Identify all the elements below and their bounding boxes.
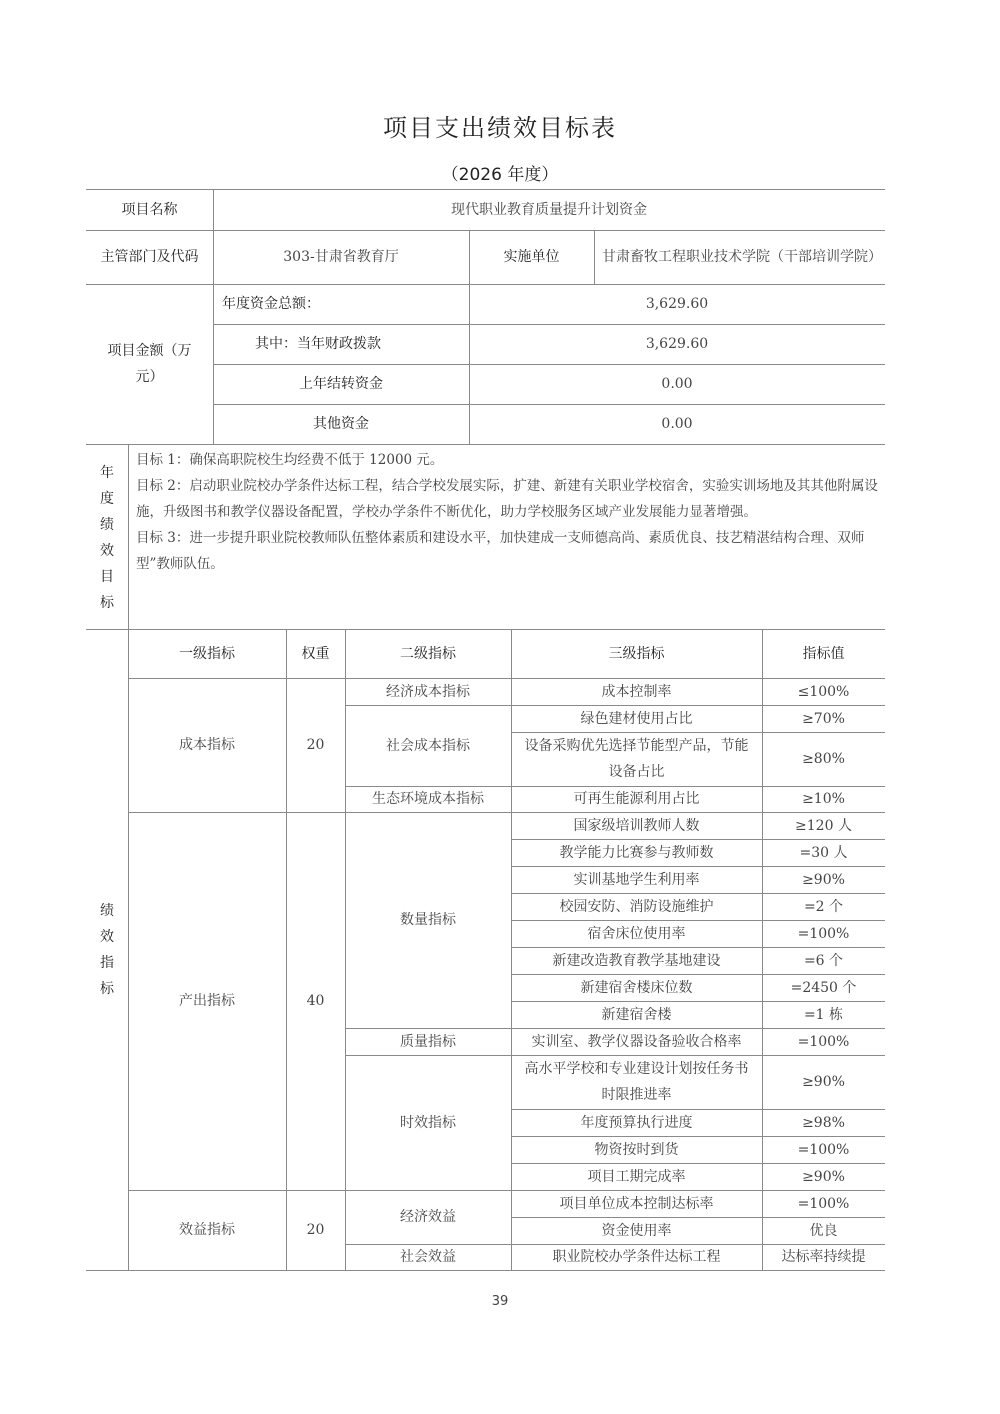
indicator-value: ≥80% (762, 732, 885, 786)
level3-item: 宿舍床位使用率 (511, 920, 762, 947)
indicator-value: 优良 (762, 1217, 885, 1244)
department-value: 303-甘肃省教育厅 (213, 230, 469, 284)
funds-fiscal-value: 3,629.60 (469, 324, 885, 364)
indicator-value: ≥90% (762, 866, 885, 893)
indicator-value: ≥10% (762, 786, 885, 812)
level3-item: 成本控制率 (511, 678, 762, 705)
level3-item: 国家级培训教师人数 (511, 812, 762, 839)
funds-carryover-label: 上年结转资金 (213, 364, 469, 404)
level3-item: 绿色建材使用占比 (511, 705, 762, 732)
annual-goals-label: 年度绩效目标 (96, 455, 118, 620)
level3-item: 新建宿舍楼 (511, 1001, 762, 1028)
page-title: 项目支出绩效目标表 (0, 108, 1000, 143)
indicator-value: =1 栋 (762, 1001, 885, 1028)
level2-eco-env-cost: 生态环境成本指标 (345, 786, 511, 812)
level3-item: 资金使用率 (511, 1217, 762, 1244)
funds-total-label: 年度资金总额： (218, 284, 469, 324)
project-name-value: 现代职业教育质量提升计划资金 (213, 189, 885, 230)
level2-economic-cost: 经济成本指标 (345, 678, 511, 705)
department-label: 主管部门及代码 (86, 230, 213, 284)
indicator-value: ≤100% (762, 678, 885, 705)
project-name-label: 项目名称 (86, 189, 213, 230)
weight-output: 40 (286, 812, 345, 1190)
indicator-value: ≥90% (762, 1055, 885, 1109)
level2-quality: 质量指标 (345, 1028, 511, 1055)
level3-item: 新建改造教育教学基地建设 (511, 947, 762, 974)
page-number: 39 (0, 1294, 1000, 1309)
indicator-value: =2450 个 (762, 974, 885, 1001)
funds-other-label: 其他资金 (213, 404, 469, 444)
indicator-value: 达标率持续提 (762, 1244, 885, 1270)
goal-1: 目标 1：确保高职院校生均经费不低于 12000 元。 (136, 447, 881, 473)
indicators-label: 绩效指标 (96, 895, 118, 1005)
indicator-value: =100% (762, 1136, 885, 1163)
level3-item: 实训基地学生利用率 (511, 866, 762, 893)
level3-item: 可再生能源利用占比 (511, 786, 762, 812)
header-value: 指标值 (762, 629, 885, 678)
indicator-value: =6 个 (762, 947, 885, 974)
funds-other-value: 0.00 (469, 404, 885, 444)
page-subtitle-year: （2026 年度） (0, 160, 1000, 185)
header-level1: 一级指标 (128, 629, 286, 678)
goal-3: 目标 3：进一步提升职业院校教师队伍整体素质和建设水平，加快建成一支师德高尚、素… (136, 525, 881, 577)
funds-total-value: 3,629.60 (469, 284, 885, 324)
level3-item: 设备采购优先选择节能型产品，节能设备占比 (511, 732, 762, 786)
level1-benefit: 效益指标 (128, 1190, 286, 1270)
level3-item: 新建宿舍楼床位数 (511, 974, 762, 1001)
level3-item: 项目单位成本控制达标率 (511, 1190, 762, 1217)
indicator-value: ≥120 人 (762, 812, 885, 839)
level3-item: 年度预算执行进度 (511, 1109, 762, 1136)
level1-cost: 成本指标 (128, 678, 286, 812)
indicator-value: =100% (762, 1190, 885, 1217)
level2-quantity: 数量指标 (345, 812, 511, 1028)
weight-cost: 20 (286, 678, 345, 812)
funds-fiscal-label: 其中：当年财政拨款 (213, 324, 423, 364)
level2-social-cost: 社会成本指标 (345, 705, 511, 786)
weight-benefit: 20 (286, 1190, 345, 1270)
level2-social-benefit: 社会效益 (345, 1244, 511, 1270)
level3-item: 职业院校办学条件达标工程 (511, 1244, 762, 1270)
implementing-unit-label: 实施单位 (469, 230, 594, 284)
annual-goals-text: 目标 1：确保高职院校生均经费不低于 12000 元。 目标 2：启动职业院校办… (136, 447, 881, 577)
funds-carryover-value: 0.00 (469, 364, 885, 404)
implementing-unit-value: 甘肃畜牧工程职业技术学院（干部培训学院） (594, 230, 885, 284)
indicator-value: =2 个 (762, 893, 885, 920)
divider (86, 444, 885, 445)
level3-item: 教学能力比赛参与教师数 (511, 839, 762, 866)
level2-economic-benefit: 经济效益 (345, 1190, 511, 1244)
funds-label: 项目金额（万元） (96, 284, 203, 444)
goal-2: 目标 2：启动职业院校办学条件达标工程，结合学校发展实际，扩建、新建有关职业学校… (136, 473, 881, 525)
indicator-value: =30 人 (762, 839, 885, 866)
level1-output: 产出指标 (128, 812, 286, 1190)
header-level3: 三级指标 (511, 629, 762, 678)
level3-item: 校园安防、消防设施维护 (511, 893, 762, 920)
level3-item: 高水平学校和专业建设计划按任务书时限推进率 (511, 1055, 762, 1109)
level2-timeliness: 时效指标 (345, 1055, 511, 1190)
level3-item: 项目工期完成率 (511, 1163, 762, 1190)
level3-item: 物资按时到货 (511, 1136, 762, 1163)
indicator-value: ≥70% (762, 705, 885, 732)
divider (86, 1270, 885, 1271)
indicator-value: ≥98% (762, 1109, 885, 1136)
header-level2: 二级指标 (345, 629, 511, 678)
indicator-value: =100% (762, 1028, 885, 1055)
level3-item: 实训室、教学仪器设备验收合格率 (511, 1028, 762, 1055)
header-weight: 权重 (286, 629, 345, 678)
indicator-value: =100% (762, 920, 885, 947)
indicator-value: ≥90% (762, 1163, 885, 1190)
